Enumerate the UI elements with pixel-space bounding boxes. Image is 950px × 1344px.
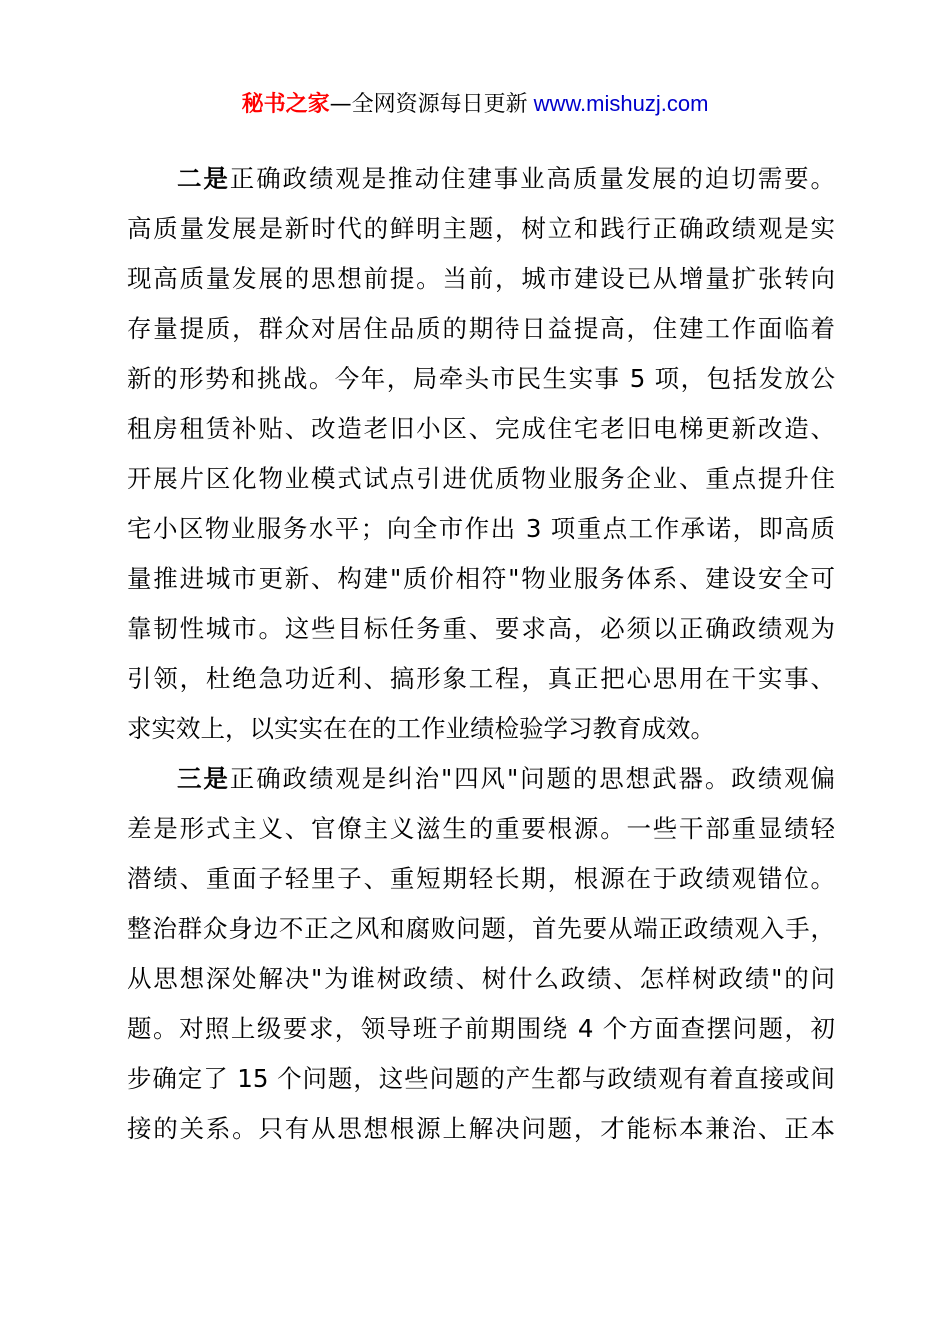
brand-name: 秘书之家 xyxy=(242,92,330,117)
text-line: 新的形势和挑战。今年，局牵头市民生实事 5 项，包括发放公 xyxy=(127,354,835,404)
text-line: 题。对照上级要求，领导班子前期围绕 4 个方面查摆问题，初 xyxy=(127,1004,835,1054)
text-line: 步确定了 15 个问题，这些问题的产生都与政绩观有着直接或间 xyxy=(127,1054,835,1104)
document-body: 二是正确政绩观是推动住建事业高质量发展的迫切需要。 高质量发展是新时代的鲜明主题… xyxy=(127,154,835,1154)
text-line: 差是形式主义、官僚主义滋生的重要根源。一些干部重显绩轻 xyxy=(127,804,835,854)
paragraph-lead: 二是 xyxy=(177,164,230,193)
text-line: 租房租赁补贴、改造老旧小区、完成住宅老旧电梯更新改造、 xyxy=(127,404,835,454)
text-line: 正确政绩观是纠治"四风"问题的思想武器。政绩观偏 xyxy=(230,764,835,793)
text-line: 接的关系。只有从思想根源上解决问题，才能标本兼治、正本 xyxy=(127,1104,835,1154)
text-line: 潜绩、重面子轻里子、重短期轻长期，根源在于政绩观错位。 xyxy=(127,854,835,904)
paragraph-first-line: 二是正确政绩观是推动住建事业高质量发展的迫切需要。 xyxy=(127,154,835,204)
text-line: 高质量发展是新时代的鲜明主题，树立和践行正确政绩观是实 xyxy=(127,204,835,254)
site-header: 秘书之家—全网资源每日更新www.mishuzj.com xyxy=(0,86,950,123)
text-line: 开展片区化物业模式试点引进优质物业服务企业、重点提升住 xyxy=(127,454,835,504)
text-line: 整治群众身边不正之风和腐败问题，首先要从端正政绩观入手， xyxy=(127,904,835,954)
paragraph-first-line: 三是正确政绩观是纠治"四风"问题的思想武器。政绩观偏 xyxy=(127,754,835,804)
text-line: 量推进城市更新、构建"质价相符"物业服务体系、建设安全可 xyxy=(127,554,835,604)
site-url-link[interactable]: www.mishuzj.com xyxy=(534,91,709,116)
text-line: 存量提质，群众对居住品质的期待日益提高，住建工作面临着 xyxy=(127,304,835,354)
text-line: 现高质量发展的思想前提。当前，城市建设已从增量扩张转向 xyxy=(127,254,835,304)
text-line: 求实效上，以实实在在的工作业绩检验学习教育成效。 xyxy=(127,704,835,754)
text-line: 正确政绩观是推动住建事业高质量发展的迫切需要。 xyxy=(230,164,835,193)
text-line: 靠韧性城市。这些目标任务重、要求高，必须以正确政绩观为 xyxy=(127,604,835,654)
text-line: 从思想深处解决"为谁树政绩、树什么政绩、怎样树政绩"的问 xyxy=(127,954,835,1004)
text-line: 宅小区物业服务水平；向全市作出 3 项重点工作承诺，即高质 xyxy=(127,504,835,554)
paragraph-lead: 三是 xyxy=(177,764,230,793)
paragraph-2: 二是正确政绩观是推动住建事业高质量发展的迫切需要。 高质量发展是新时代的鲜明主题… xyxy=(127,154,835,754)
text-line: 引领，杜绝急功近利、搞形象工程，真正把心思用在干实事、 xyxy=(127,654,835,704)
header-slogan: —全网资源每日更新 xyxy=(330,92,528,117)
paragraph-3: 三是正确政绩观是纠治"四风"问题的思想武器。政绩观偏 差是形式主义、官僚主义滋生… xyxy=(127,754,835,1154)
